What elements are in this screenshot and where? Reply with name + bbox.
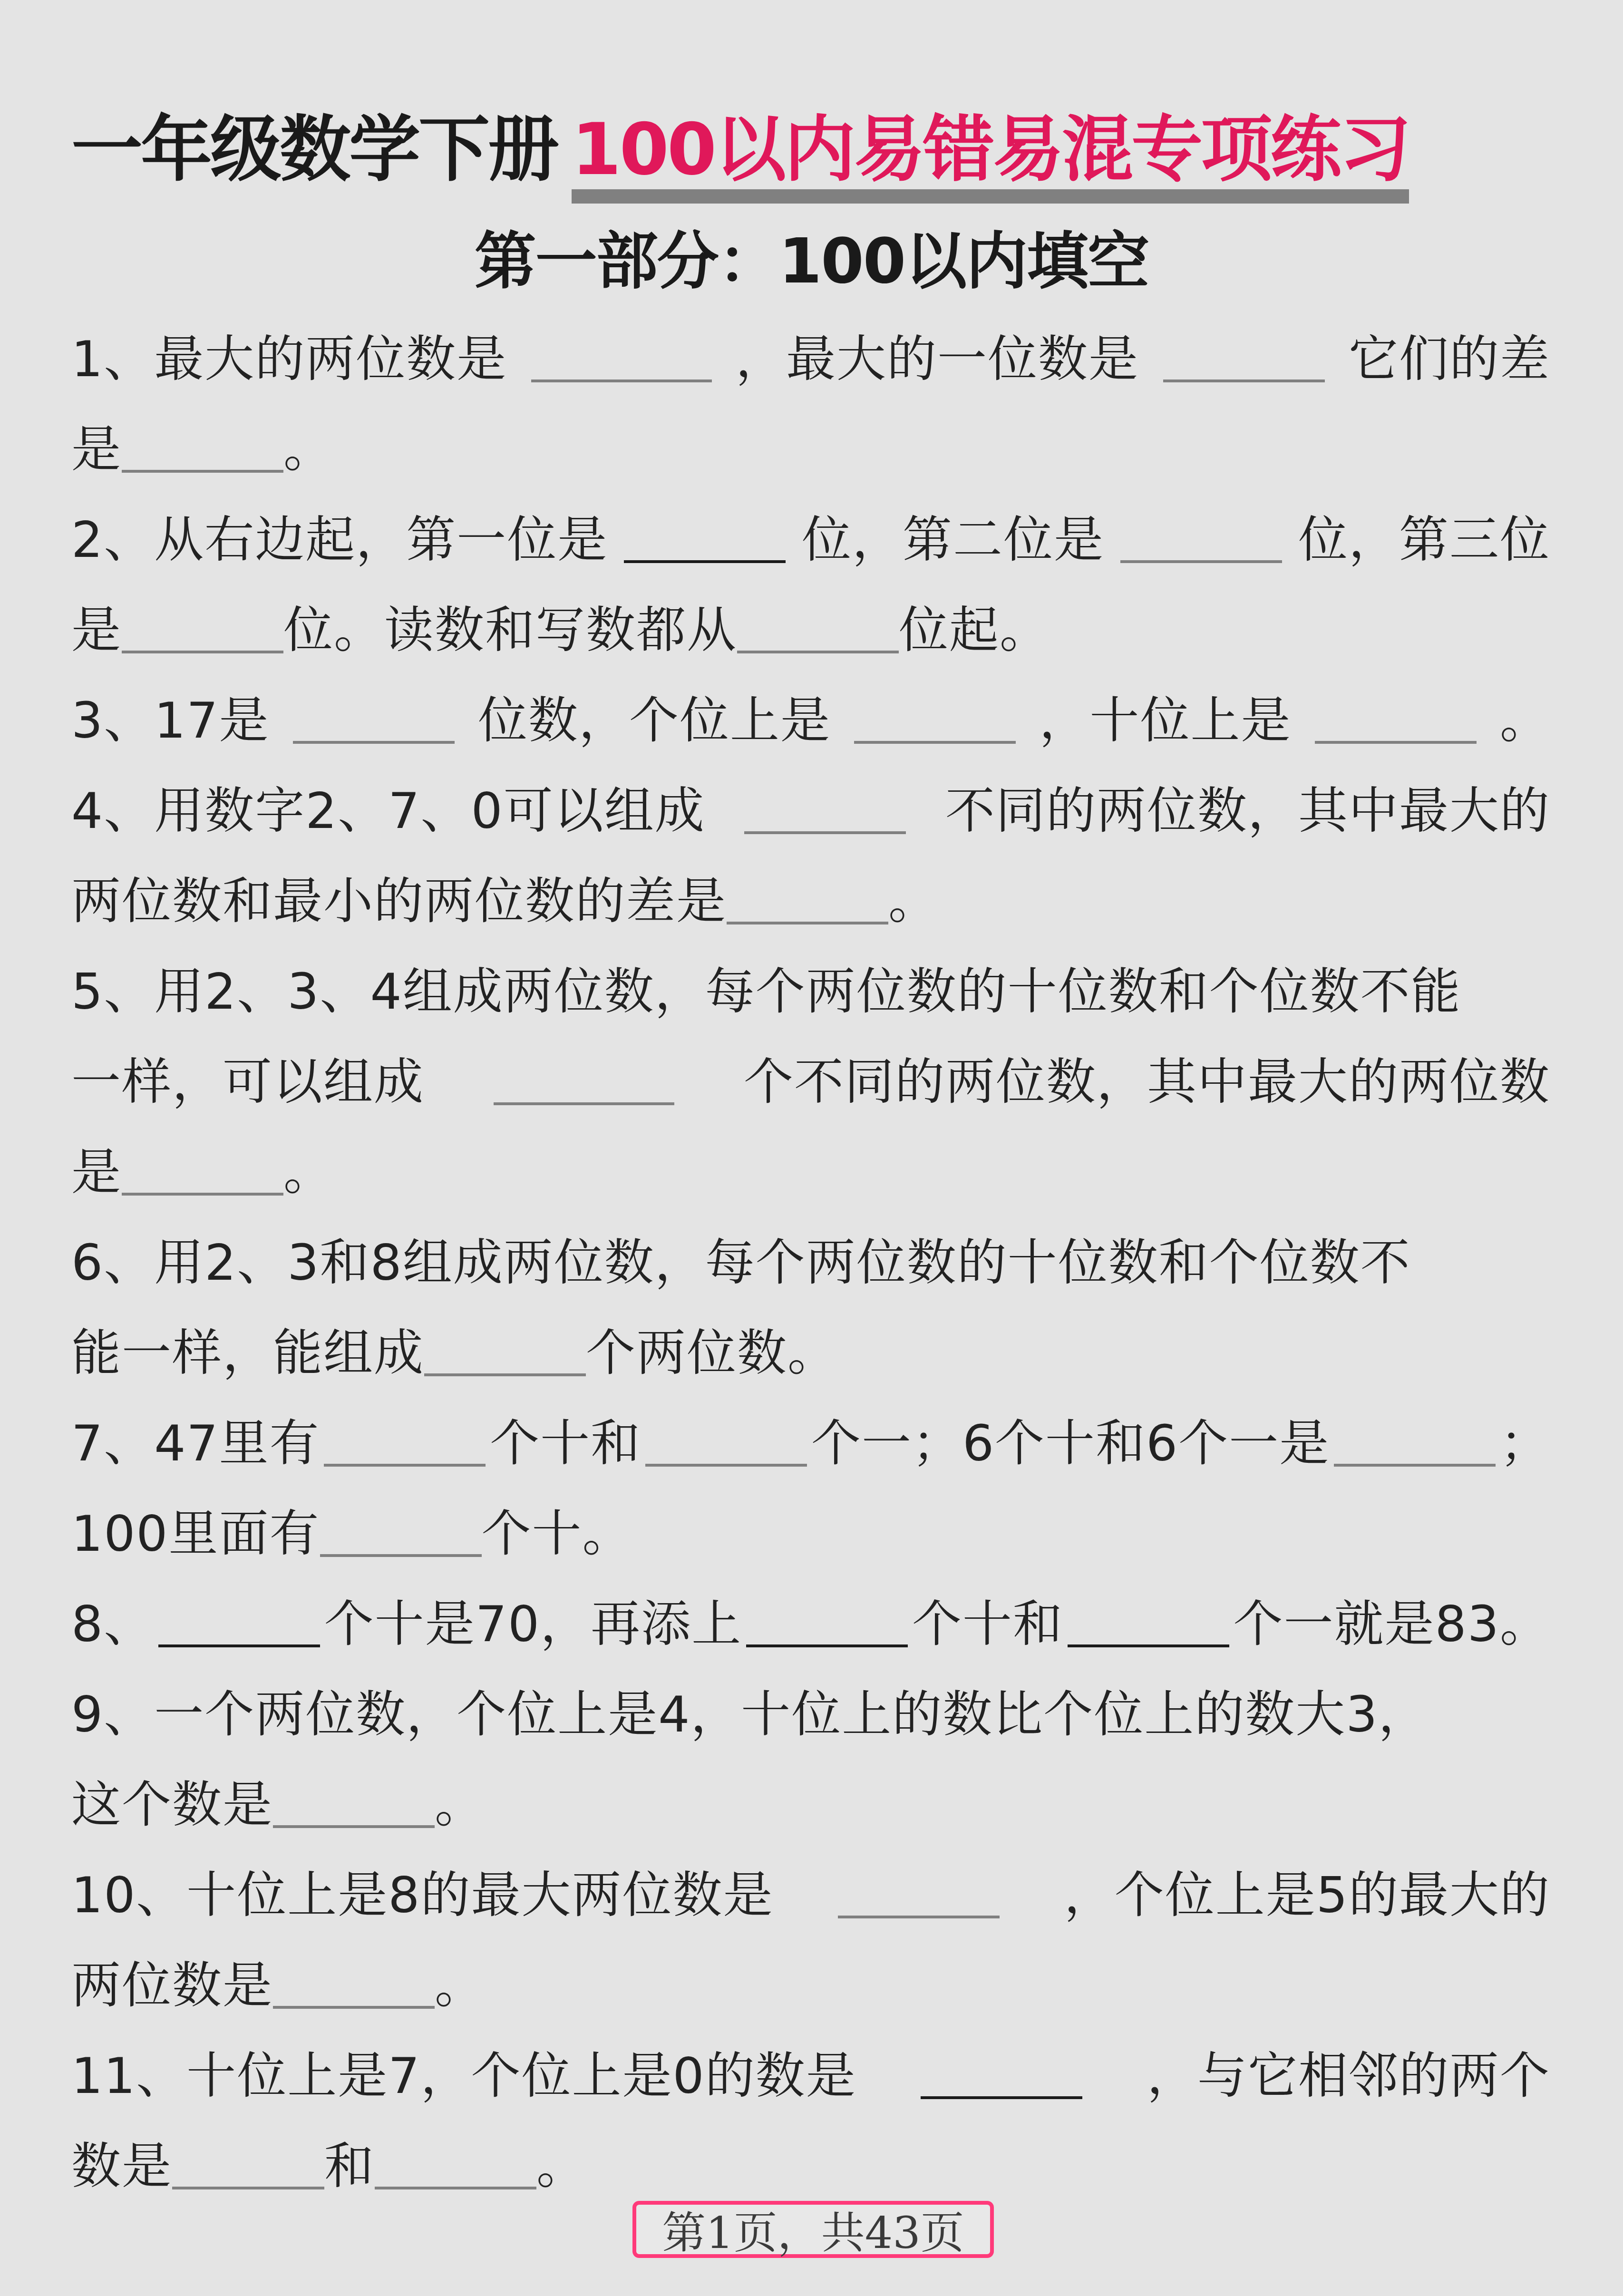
- answer-blank[interactable]: [737, 594, 899, 653]
- question-10-line-2: 两位数是 。: [71, 1950, 1550, 2040]
- question-3-line-1: 3、17是 位数，个位上是 ，十位上是 。: [71, 685, 1550, 775]
- page-indicator: 第1页，共43页: [632, 2201, 994, 2258]
- answer-blank[interactable]: [424, 1317, 586, 1376]
- question-text: ，十位上是: [1039, 685, 1291, 756]
- question-5-line-2: 一样，可以组成 个不同的两位数，其中最大的两位数: [71, 1046, 1550, 1137]
- question-text: 两位数和最小的两位数的差是: [71, 866, 727, 937]
- answer-blank[interactable]: [531, 323, 712, 382]
- question-text: 和: [324, 2131, 375, 2202]
- question-text: ，个位上是5的最大的: [1064, 1859, 1550, 1931]
- answer-blank[interactable]: [172, 2131, 324, 2189]
- answer-blank[interactable]: [727, 866, 888, 924]
- answer-blank[interactable]: [1315, 685, 1477, 744]
- question-text: 位。读数和写数都从: [283, 594, 737, 666]
- question-6-line-2: 能一样，能组成 个两位数。: [71, 1317, 1550, 1408]
- question-text: 。: [283, 414, 334, 485]
- answer-blank[interactable]: [1068, 1588, 1229, 1647]
- question-text: 个一；6个十和6个一是: [811, 1408, 1330, 1479]
- question-2-line-2: 是 位。读数和写数都从 位起。: [71, 594, 1550, 685]
- question-text: 。: [536, 2131, 587, 2202]
- question-text: 6、用2、3和8组成两位数，每个两位数的十位数和个位数不: [71, 1227, 1411, 1298]
- question-text: 是: [71, 414, 122, 485]
- answer-blank[interactable]: [273, 1769, 435, 1828]
- question-9-line-1: 9、一个两位数，个位上是4，十位上的数比个位上的数大3，: [71, 1679, 1550, 1769]
- answer-blank[interactable]: [158, 1588, 320, 1647]
- question-6-line-1: 6、用2、3和8组成两位数，每个两位数的十位数和个位数不: [71, 1227, 1550, 1317]
- question-text: 100里面有: [71, 1498, 320, 1569]
- question-4-line-2: 两位数和最小的两位数的差是 。: [71, 866, 1550, 956]
- question-text: ；: [1500, 1408, 1550, 1479]
- answer-blank[interactable]: [122, 414, 283, 473]
- answer-blank[interactable]: [122, 1137, 283, 1196]
- answer-blank[interactable]: [494, 1046, 674, 1105]
- question-text: 2、从右边起，第一位是: [71, 504, 608, 575]
- question-7-line-2: 100里面有 个十。: [71, 1498, 1550, 1588]
- answer-blank[interactable]: [1120, 504, 1282, 563]
- question-text: 8、: [71, 1588, 154, 1660]
- question-4-line-1: 4、用数字2、7、0可以组成 不同的两位数，其中最大的: [71, 775, 1550, 866]
- question-text: 。: [435, 1950, 485, 2021]
- question-text: 个一就是83。: [1234, 1588, 1550, 1660]
- question-text: 它们的差: [1349, 323, 1550, 395]
- document-title: 一年级数学下册 100以内易错易混专项练习: [71, 95, 1409, 185]
- question-1-line-1: 1、最大的两位数是 ，最大的一位数是 它们的差: [71, 323, 1550, 414]
- question-11-line-1: 11、十位上是7，个位上是0的数是 ，与它相邻的两个: [71, 2040, 1550, 2131]
- answer-blank[interactable]: [921, 2040, 1082, 2099]
- question-text: 7、47里有: [71, 1408, 320, 1479]
- question-2-line-1: 2、从右边起，第一位是 位，第二位是 位，第三位: [71, 504, 1550, 594]
- question-text: 个十和: [490, 1408, 641, 1479]
- question-1-line-2: 是 。: [71, 414, 1550, 504]
- question-8-line-1: 8、 个十是70，再添上 个十和 个一就是83。: [71, 1588, 1550, 1679]
- question-text: 。: [283, 1137, 334, 1208]
- title-highlight: 100以内易错易混专项练习: [572, 108, 1409, 191]
- answer-blank[interactable]: [1163, 323, 1325, 382]
- answer-blank[interactable]: [854, 685, 1016, 744]
- answer-blank[interactable]: [645, 1408, 807, 1467]
- question-text: 个两位数。: [586, 1317, 838, 1389]
- question-text: 位数，个位上是: [478, 685, 831, 756]
- question-text: 一样，可以组成: [71, 1046, 424, 1118]
- question-text: 。: [888, 866, 939, 937]
- question-text: ，与它相邻的两个: [1147, 2040, 1550, 2111]
- question-text: 个十。: [482, 1498, 633, 1569]
- question-text: 个十是70，再添上: [324, 1588, 742, 1660]
- answer-blank[interactable]: [744, 775, 906, 834]
- title-underline-bar: [572, 189, 1409, 204]
- question-text: 11、十位上是7，个位上是0的数是: [71, 2040, 856, 2111]
- question-text: 9、一个两位数，个位上是4，十位上的数比个位上的数大3，: [71, 1679, 1429, 1750]
- answer-blank[interactable]: [1334, 1408, 1496, 1467]
- question-5-line-1: 5、用2、3、4组成两位数，每个两位数的十位数和个位数不能: [71, 956, 1550, 1046]
- answer-blank[interactable]: [375, 2131, 536, 2189]
- question-7-line-1: 7、47里有 个十和 个一；6个十和6个一是 ；: [71, 1408, 1550, 1498]
- section-title: 第一部分：100以内填空: [0, 212, 1623, 301]
- question-text: 3、17是: [71, 685, 270, 756]
- question-text: 位起。: [899, 594, 1050, 666]
- answer-blank[interactable]: [624, 504, 786, 563]
- answer-blank[interactable]: [122, 594, 283, 653]
- question-text: 。: [1500, 685, 1550, 756]
- question-text: 位，第三位: [1298, 504, 1550, 575]
- question-text: 这个数是: [71, 1769, 273, 1840]
- title-highlight-wrap: 100以内易错易混专项练习: [572, 114, 1409, 185]
- answer-blank[interactable]: [320, 1498, 482, 1557]
- question-5-line-3: 是 。: [71, 1137, 1550, 1227]
- question-9-line-2: 这个数是 。: [71, 1769, 1550, 1859]
- title-prefix: 一年级数学下册: [71, 114, 557, 185]
- question-text: ，最大的一位数是: [736, 323, 1139, 395]
- question-text: 个不同的两位数，其中最大的两位数: [744, 1046, 1550, 1118]
- question-text: 不同的两位数，其中最大的: [945, 775, 1550, 846]
- answer-blank[interactable]: [324, 1408, 486, 1467]
- answer-blank[interactable]: [746, 1588, 908, 1647]
- question-text: 10、十位上是8的最大两位数是: [71, 1859, 774, 1931]
- question-text: 4、用数字2、7、0可以组成: [71, 775, 705, 846]
- answer-blank[interactable]: [273, 1950, 435, 2009]
- question-text: 1、最大的两位数是: [71, 323, 507, 395]
- question-text: 数是: [71, 2131, 172, 2202]
- answer-blank[interactable]: [293, 685, 455, 744]
- question-text: 位，第二位是: [802, 504, 1104, 575]
- question-text: 是: [71, 594, 122, 666]
- question-text: 5、用2、3、4组成两位数，每个两位数的十位数和个位数不能: [71, 956, 1461, 1027]
- question-text: 。: [435, 1769, 485, 1840]
- question-list: 1、最大的两位数是 ，最大的一位数是 它们的差 是 。 2、从右边起，第一位是 …: [71, 323, 1550, 2221]
- question-text: 能一样，能组成: [71, 1317, 424, 1389]
- question-text: 个十和: [912, 1588, 1063, 1660]
- question-10-line-1: 10、十位上是8的最大两位数是 ，个位上是5的最大的: [71, 1859, 1550, 1950]
- answer-blank[interactable]: [838, 1859, 1000, 1918]
- question-text: 两位数是: [71, 1950, 273, 2021]
- question-text: 是: [71, 1137, 122, 1208]
